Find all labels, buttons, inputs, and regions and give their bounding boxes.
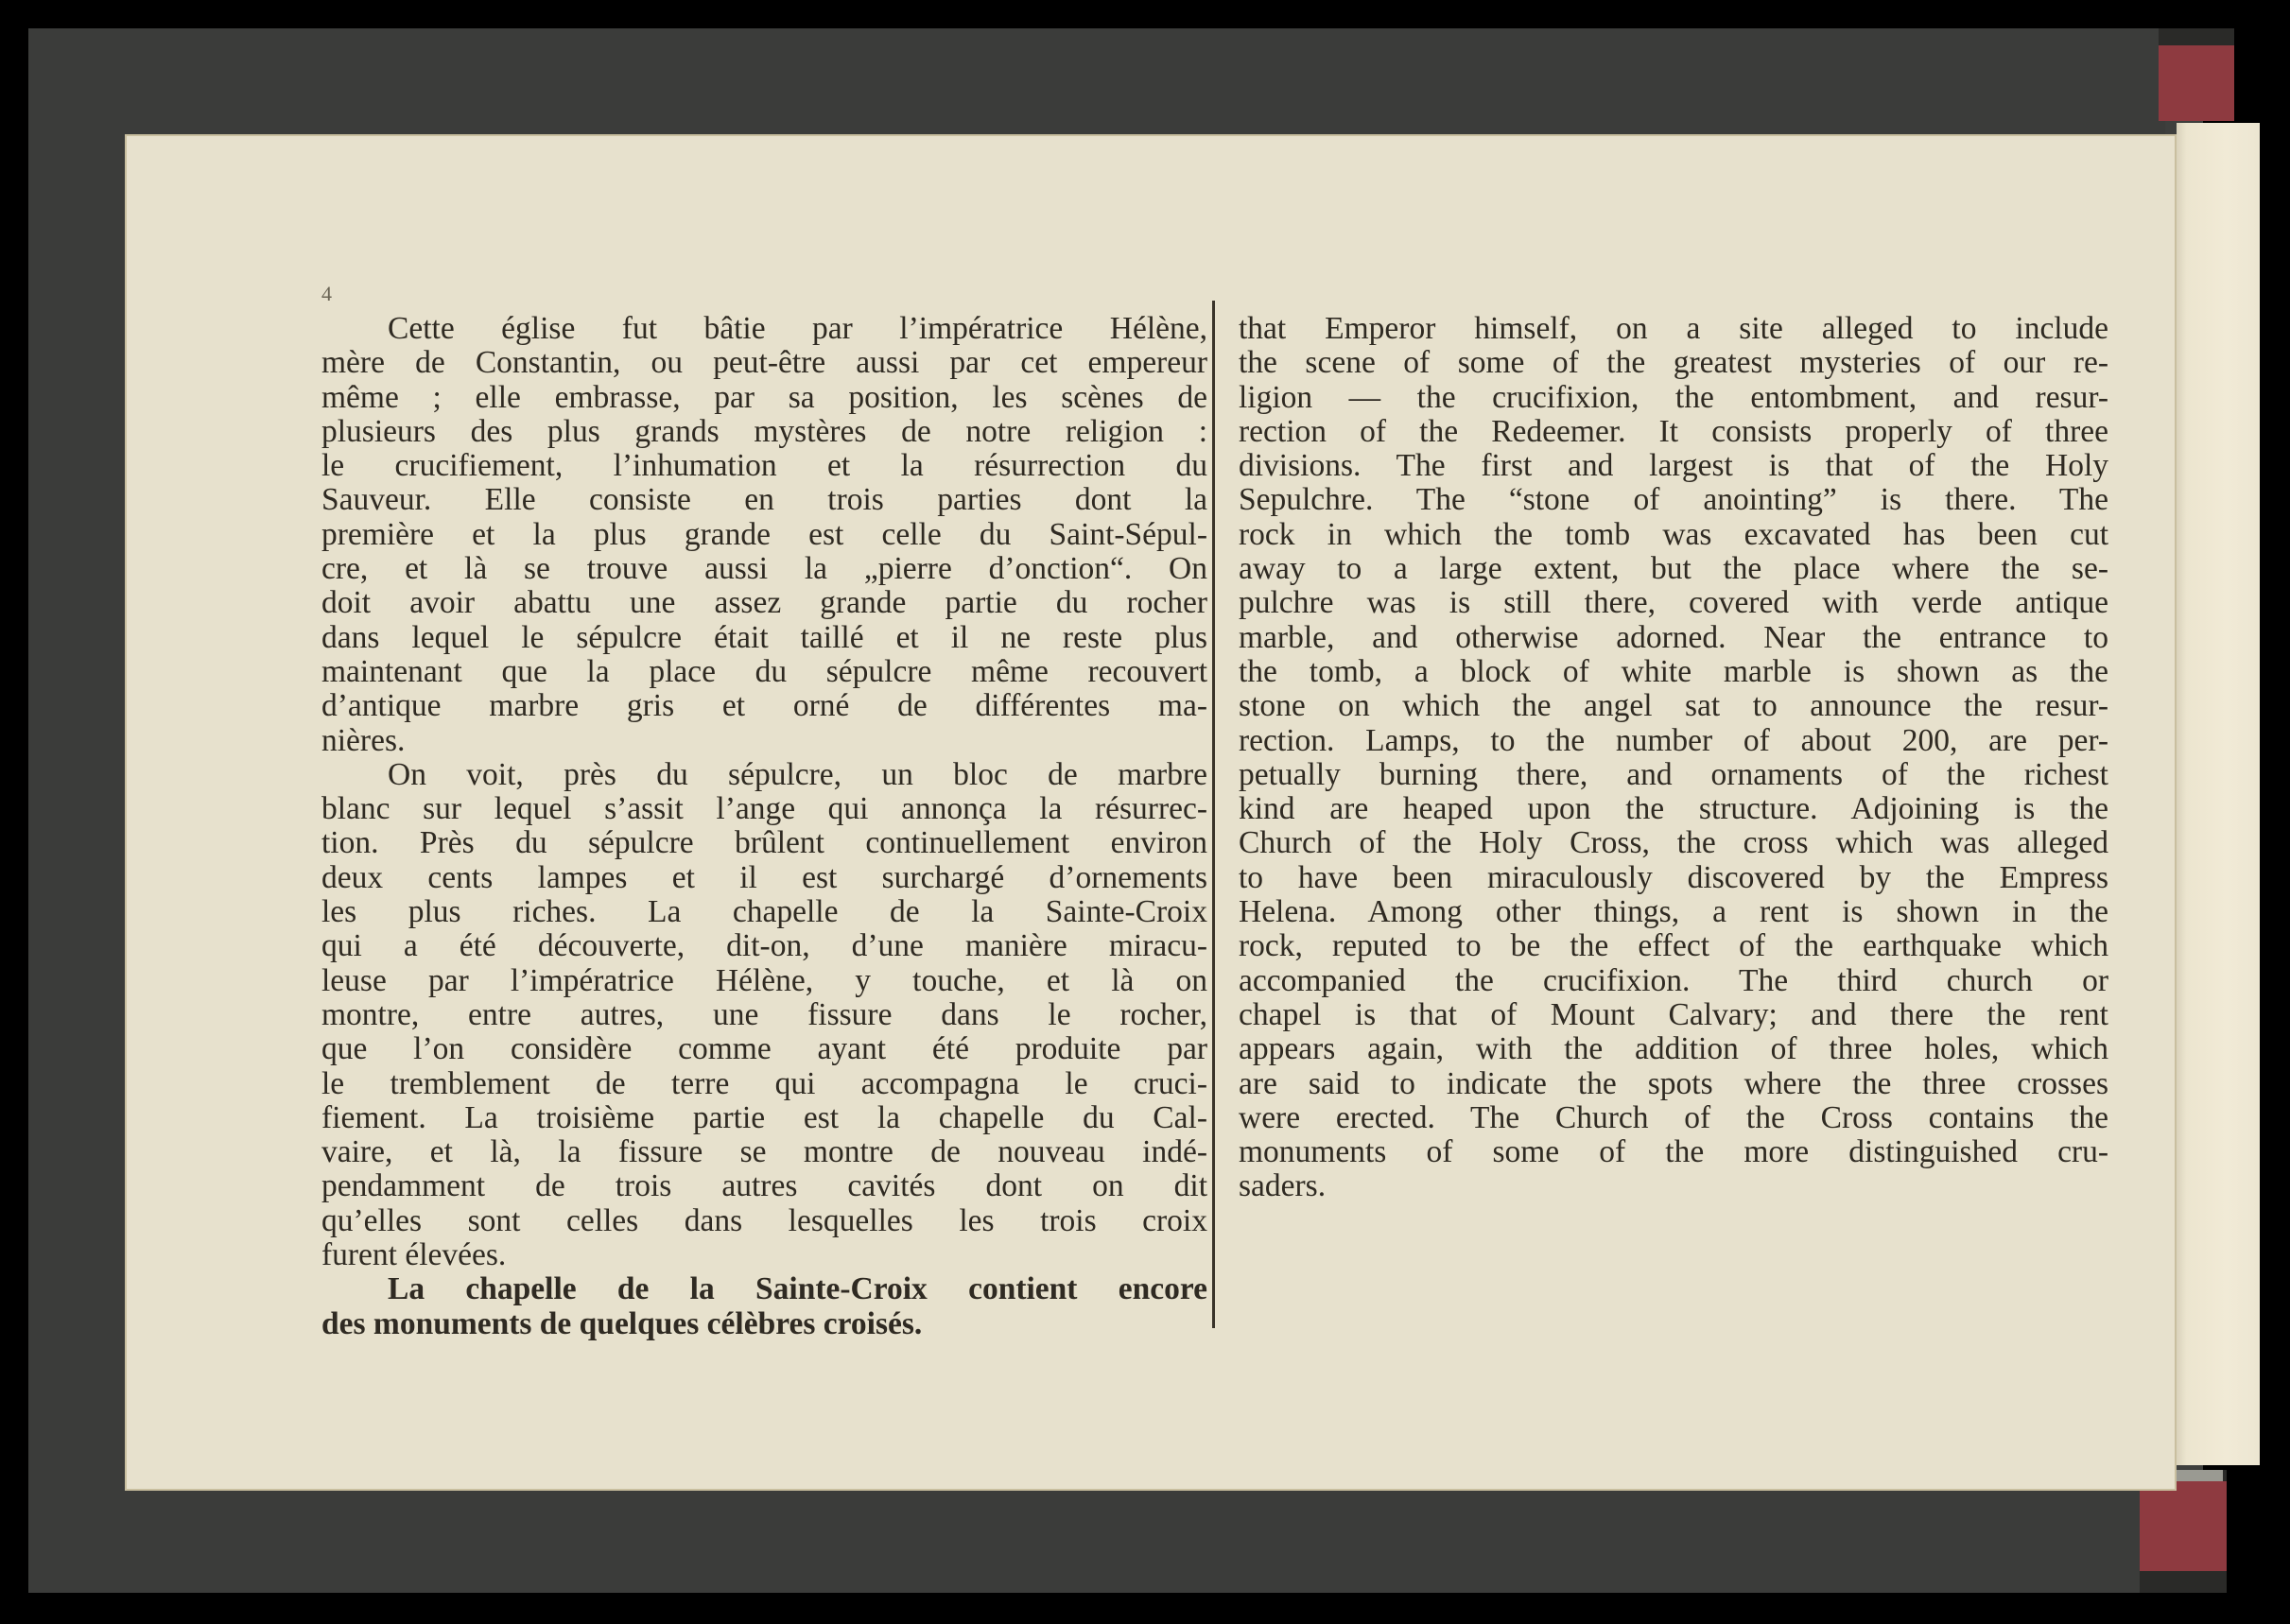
text-line: away to a large extent, but the place wh… [1239, 552, 2108, 586]
text-line: monuments of some of the more distinguis… [1239, 1135, 2108, 1169]
text-line: qu’elles sont celles dans lesquelles les… [321, 1204, 1207, 1238]
text-line: deux cents lampes et il est surchargé d’… [321, 861, 1207, 895]
text-line: vaire, et là, la fissure se montre de no… [321, 1135, 1207, 1169]
text-line: are said to indicate the spots where the… [1239, 1067, 2108, 1101]
text-line: nières. [321, 724, 1207, 758]
red-binding-cloth-top [2159, 45, 2234, 121]
text-line: to have been miraculously discovered by … [1239, 861, 2108, 895]
text-line: divisions. The first and largest is that… [1239, 449, 2108, 483]
text-line: mère de Constantin, ou peut-être aussi p… [321, 346, 1207, 380]
text-line: Cette église fut bâtie par l’impératrice… [321, 312, 1207, 346]
text-line: the scene of some of the greatest myster… [1239, 346, 2108, 380]
text-line: des monuments de quelques célèbres crois… [321, 1307, 1207, 1341]
text-line: kind are heaped upon the structure. Adjo… [1239, 792, 2108, 826]
text-line: Sepulchre. The “stone of anointing” is t… [1239, 483, 2108, 517]
text-line: le crucifiement, l’inhumation et la résu… [321, 449, 1207, 483]
text-line: petually burning there, and ornaments of… [1239, 758, 2108, 792]
text-line: the tomb, a block of white marble is sho… [1239, 655, 2108, 689]
text-line: that Emperor himself, on a site alleged … [1239, 312, 2108, 346]
text-line: plusieurs des plus grands mystères de no… [321, 415, 1207, 449]
text-line: qui a été découverte, dit-on, d’une mani… [321, 929, 1207, 963]
text-line: première et la plus grande est celle du … [321, 518, 1207, 552]
red-binding-cloth-bottom [2140, 1481, 2227, 1571]
text-line: pulchre was is still there, covered with… [1239, 586, 2108, 620]
text-line: tion. Près du sépulcre brûlent continuel… [321, 826, 1207, 860]
text-line: On voit, près du sépulcre, un bloc de ma… [321, 758, 1207, 792]
text-line: même ; elle embrasse, par sa position, l… [321, 381, 1207, 415]
text-line: La chapelle de la Sainte-Croix contient … [321, 1272, 1207, 1306]
text-line: doit avoir abattu une assez grande parti… [321, 586, 1207, 620]
text-line: que l’on considère comme ayant été produ… [321, 1032, 1207, 1066]
text-line: Sauveur. Elle consiste en trois parties … [321, 483, 1207, 517]
text-line: were erected. The Church of the Cross co… [1239, 1101, 2108, 1135]
text-line: d’antique marbre gris et orné de différe… [321, 689, 1207, 723]
next-page-edge [2177, 123, 2260, 1465]
column-divider-rule [1212, 301, 1215, 1328]
text-line: dans lequel le sépulcre était taillé et … [321, 621, 1207, 655]
paragraph: On voit, près du sépulcre, un bloc de ma… [321, 758, 1207, 1272]
text-line: rection of the Redeemer. It consists pro… [1239, 415, 2108, 449]
text-line: marble, and otherwise adorned. Near the … [1239, 621, 2108, 655]
text-line: saders. [1239, 1169, 2108, 1203]
text-line: Helena. Among other things, a rent is sh… [1239, 895, 2108, 929]
text-line: leuse par l’impératrice Hélène, y touche… [321, 964, 1207, 998]
text-line: cre, et là se trouve aussi la „pierre d’… [321, 552, 1207, 586]
text-line: rock in which the tomb was excavated has… [1239, 518, 2108, 552]
text-line: chapel is that of Mount Calvary; and the… [1239, 998, 2108, 1032]
text-line: pendamment de trois autres cavités dont … [321, 1169, 1207, 1203]
text-line: furent élevées. [321, 1238, 1207, 1272]
text-line: le tremblement de terre qui accompagna l… [321, 1067, 1207, 1101]
french-text-column: Cette église fut bâtie par l’impératrice… [321, 312, 1207, 1341]
text-line: appears again, with the addition of thre… [1239, 1032, 2108, 1066]
text-line: rock, reputed to be the effect of the ea… [1239, 929, 2108, 963]
text-line: maintenant que la place du sépulcre même… [321, 655, 1207, 689]
english-text-column: that Emperor himself, on a site alleged … [1239, 312, 2108, 1204]
paragraph: that Emperor himself, on a site alleged … [1239, 312, 2108, 1204]
text-line: accompanied the crucifixion. The third c… [1239, 964, 2108, 998]
text-line: Church of the Holy Cross, the cross whic… [1239, 826, 2108, 860]
text-line: montre, entre autres, une fissure dans l… [321, 998, 1207, 1032]
binding-tab-top [2159, 28, 2234, 121]
text-line: blanc sur lequel s’assit l’ange qui anno… [321, 792, 1207, 826]
page-number: 4 [321, 282, 332, 306]
text-line: les plus riches. La chapelle de la Saint… [321, 895, 1207, 929]
text-line: fiement. La troisième partie est la chap… [321, 1101, 1207, 1135]
paragraph: La chapelle de la Sainte-Croix contient … [321, 1272, 1207, 1341]
paragraph: Cette église fut bâtie par l’impératrice… [321, 312, 1207, 758]
text-line: stone on which the angel sat to announce… [1239, 689, 2108, 723]
text-line: ligion — the crucifixion, the entombment… [1239, 381, 2108, 415]
text-line: rection. Lamps, to the number of about 2… [1239, 724, 2108, 758]
